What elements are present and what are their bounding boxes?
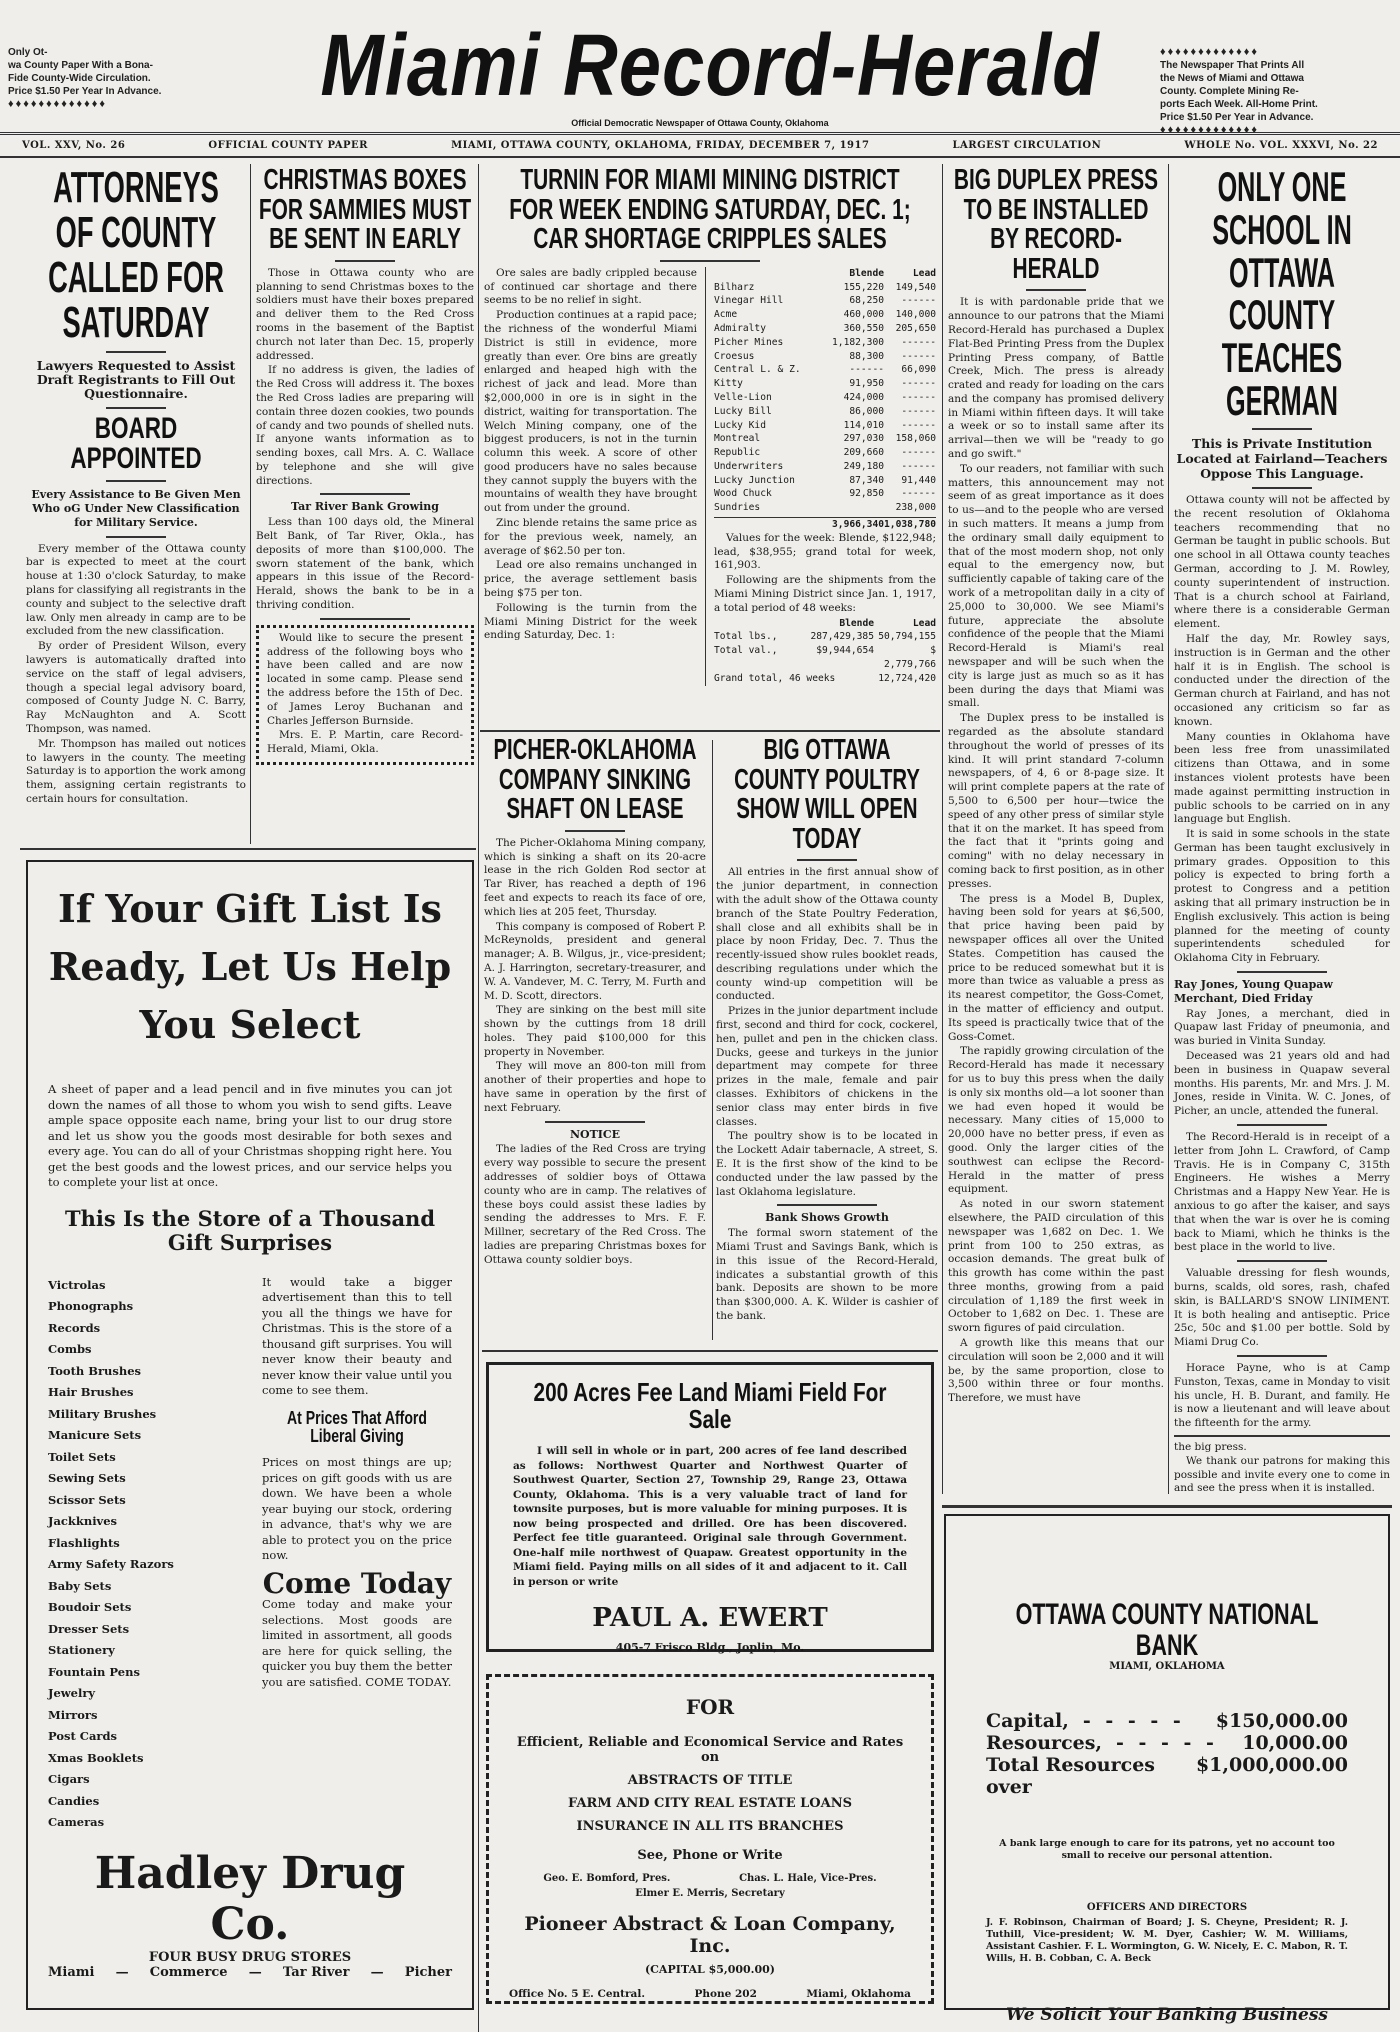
divider [777,1204,877,1206]
ear-left-line: wa County Paper With a Bona- [8,59,228,72]
figure-label: Resources,- - - - - [986,1732,1218,1754]
figure-label: Capital,- - - - - [986,1710,1185,1732]
divider [320,493,410,495]
gift-item: Flashlights [48,1533,228,1555]
ad-ewert-land: 200 Acres Fee Land Miami Field For Sale … [486,1362,934,1652]
divider [1252,487,1312,489]
gift-item: Jewelry [48,1683,228,1705]
table-row: Bilharz155,220149,540 [714,281,936,295]
mine-name: Picher Mines [714,336,824,350]
folio-line: VOL. XXV, No. 26 OFFICIAL COUNTY PAPER M… [0,132,1400,158]
ear-right: ♦♦♦♦♦♦♦♦♦♦♦♦♦ The Newspaper That Prints … [1160,46,1392,137]
ore-table: Blende Lead Bilharz155,220149,540Vinegar… [714,267,936,515]
column-rule [250,164,251,844]
divider [660,260,760,262]
gift-item: Mirrors [48,1705,228,1727]
gift-item: Toilet Sets [48,1447,228,1469]
paragraph: The Record-Herald is in receipt of a let… [1174,1131,1390,1255]
contact-line: Office No. 5 E. Central. Phone 202 Miami… [509,1988,911,2000]
ad-tagline: FOUR BUSY DRUG STORES [48,1950,452,1965]
table-row: Picher Mines1,182,300------ [714,336,936,350]
ad-subhead: Come Today [262,1576,452,1592]
lead-value: ------ [884,350,936,364]
gift-item: Hair Brushes [48,1382,228,1404]
paragraph: Horace Payne, who is at Camp Funston, Te… [1174,1362,1390,1431]
store-locations: Miami— Commerce— Tar River— Picher [48,1965,452,1980]
ad-headline: If Your Gift List Is Ready, Let Us Help … [48,880,452,1054]
section-rule [480,730,940,732]
location: Tar River [283,1965,350,1980]
company-name: Hadley Drug Co. [48,1848,452,1950]
paragraph: The ladies of the Red Cross are trying e… [484,1143,706,1267]
subheadline: Ray Jones, Young Quapaw Merchant, Died F… [1174,978,1390,1006]
dateline: MIAMI, OTTAWA COUNTY, OKLAHOMA, FRIDAY, … [451,140,869,151]
gift-item: Stationery [48,1640,228,1662]
office-address: Office No. 5 E. Central. [509,1988,645,2000]
paragraph: Following are the shipments from the Mia… [714,574,936,615]
headline: Picher-Oklahoma Company Sinking Shaft on… [489,736,700,825]
ad-heading: FOR [509,1695,911,1719]
bank-solicit: We Solicit Your Banking Business [986,2005,1348,2025]
advertiser-name: PAUL A. EWERT [513,1603,907,1633]
blende-value: 114,010 [824,419,884,433]
figure-label: Total Resources over [986,1754,1196,1798]
divider [1174,1435,1390,1437]
lead-value: ------ [884,419,936,433]
mine-name: Sundries [714,501,824,515]
paragraph: Ray Jones, a merchant, died in Quapaw la… [1174,1008,1390,1049]
table-row: Velle-Lion424,000------ [714,391,936,405]
table-header: Blende Lead [714,267,936,281]
mine-name: Lucky Bill [714,405,824,419]
lead-value: ------ [884,294,936,308]
table-row: Total val.,$9,944,654$ 2,779,766 [714,644,936,672]
gift-item: Jackknives [48,1511,228,1533]
article-christmas-boxes: Christmas Boxes for Sammies Must Be Sent… [256,166,474,765]
figure-value: $150,000.00 [1216,1710,1348,1732]
table-row: Montreal297,030158,060 [714,432,936,446]
paragraph: By order of President Wilson, every lawy… [26,640,246,737]
paragraph: They will move an 800-ton mill from anot… [484,1060,706,1115]
dash: — [371,1965,384,1980]
headline-line: for Week Ending Saturday, Dec. 1; [482,196,937,226]
section-rule [482,1350,938,1352]
ear-right-line: ports Each Week. All-Home Print. [1160,98,1392,111]
blende-value: 1,182,300 [824,336,884,350]
figure-value: 10,000.00 [1242,1732,1348,1754]
paragraph: Production continues at a rapid pace; th… [484,309,697,516]
ear-left-line: Only Ot- [8,46,228,59]
shipment-label: Total lbs., [714,630,804,644]
table-row: Wood Chuck92,850------ [714,487,936,501]
article-duplex-press: Big Duplex Press to Be Installed by Reco… [948,166,1164,1407]
headline: Only One School in Ottawa County Teaches… [1187,166,1377,423]
lead-value: ------ [884,487,936,501]
lead-value: 140,000 [884,308,936,322]
table-row: Republic209,660------ [714,446,936,460]
newspaper-title: Miami Record-Herald [320,15,1100,115]
divider [106,480,166,482]
gift-item: Cameras [48,1812,228,1834]
gift-item: Fountain Pens [48,1662,228,1684]
services-list: ABSTRACTS OF TITLE FARM AND CITY REAL ES… [509,1769,911,1838]
turnin-table: Blende Lead Bilharz155,220149,540Vinegar… [714,267,936,686]
official-paper-label: OFFICIAL COUNTY PAPER [208,140,368,151]
location: Picher [405,1965,452,1980]
paragraph: It is said in some schools in the state … [1174,828,1390,966]
paragraph: Zinc blende retains the same price as fo… [484,517,697,558]
ad-subhead: At Prices That Afford Liberal Giving [267,1409,446,1446]
lead-value: ------ [884,391,936,405]
article-turnin: Turnin for Miami Mining District for Wee… [484,166,936,686]
lead-value: 12,724,420 [874,672,936,686]
divider [335,260,395,262]
ear-right-line: Price $1.50 Per Year in Advance. [1160,111,1392,124]
paragraph: The rapidly growing circulation of the R… [948,1045,1164,1197]
table-row: Kitty91,950------ [714,377,936,391]
table-totals: 3,966,340 1,038,780 [714,517,936,532]
total-lead: 1,038,780 [884,518,936,532]
mine-name: Bilharz [714,281,824,295]
divider [106,407,166,409]
gift-item: Combs [48,1339,228,1361]
blende-value: 68,250 [824,294,884,308]
bank-figure-row: Capital,- - - - -$150,000.00 [986,1710,1348,1732]
gift-item: Scissor Sets [48,1490,228,1512]
article-poultry-show: Big Ottawa County Poultry Show Will Open… [716,736,938,1325]
ear-right-line: County. Complete Mining Re- [1160,85,1392,98]
lead-value: 66,090 [884,363,936,377]
diamond-border-icon: ♦♦♦♦♦♦♦♦♦♦♦♦♦ [8,98,228,111]
article-picher-oklahoma: Picher-Oklahoma Company Sinking Shaft on… [484,736,706,1269]
gift-item: Army Safety Razors [48,1554,228,1576]
shipment-label: Grand total, 46 weeks [714,672,804,686]
officer: Chas. L. Hale, Vice-Pres. [739,1873,877,1884]
deck: Lawyers Requested to Assist Draft Regist… [26,359,246,401]
blende-value: 297,030 [824,432,884,446]
gift-item: Xmas Booklets [48,1748,228,1770]
column-rule [942,164,943,1494]
lead-value: 205,650 [884,322,936,336]
diamond-border-icon: ♦♦♦♦♦♦♦♦♦♦♦♦♦ [1160,46,1392,59]
blende-value: 87,340 [824,474,884,488]
paragraph: Less than 100 days old, the Mineral Belt… [256,516,474,613]
blende-value: 424,000 [824,391,884,405]
figure-label-text: Total Resources over [986,1754,1155,1798]
headline-line: Car Shortage Cripples Sales [482,225,937,255]
capital: (CAPITAL $5,000.00) [509,1963,911,1976]
gift-item: Sewing Sets [48,1468,228,1490]
headline: Turnin for Miami Mining District for Wee… [482,166,937,255]
signature: Mrs. E. P. Martin, care Record-Herald, M… [267,729,463,757]
divider [1237,1355,1327,1357]
divider [797,859,857,861]
paragraph: Ore sales are badly crippled because of … [484,267,697,308]
paragraph: Many counties in Oklahoma have been less… [1174,731,1390,828]
gift-item: Baby Sets [48,1576,228,1598]
bank-figure-row: Resources,- - - - -10,000.00 [986,1732,1348,1754]
ad-body: I will sell in whole or in part, 200 acr… [513,1444,907,1589]
mine-name: Wood Chuck [714,487,824,501]
lead-value: ------ [884,460,936,474]
ad-pioneer-abstract: FOR Efficient, Reliable and Economical S… [486,1674,934,2004]
mine-name: Velle-Lion [714,391,824,405]
bank-figure-row: Total Resources over$1,000,000.00 [986,1754,1348,1798]
whole-number: WHOLE No. VOL. XXXVI, No. 22 [1184,140,1378,151]
divider [1237,1124,1327,1126]
subheadline: Bank Shows Growth [716,1211,938,1225]
ear-left: Only Ot- wa County Paper With a Bona- Fi… [8,46,228,111]
section-rule [942,1505,1392,1508]
gift-item: Tooth Brushes [48,1361,228,1383]
blende-value: 92,850 [824,487,884,501]
column-rule [712,740,713,1340]
bank-motto: A bank large enough to care for its patr… [986,1838,1348,1862]
divider [565,830,625,832]
ad-subhead: This Is the Store of a Thousand Gift Sur… [48,1207,452,1255]
paragraph: Mr. Thompson has mailed out notices to l… [26,738,246,807]
lead-value: ------ [884,336,936,350]
ad-paragraph: Come today and make your selections. Mos… [262,1597,452,1690]
article-attorneys: Attorneys of County Called for Saturday … [26,166,246,808]
bank-name: OTTAWA COUNTY NATIONAL BANK [993,1600,1340,1661]
divider [106,351,166,353]
divider [1237,971,1327,973]
lead-value: ------ [884,446,936,460]
column-header-lead: Lead [874,617,936,631]
deck-headline: BOARD APPOINTED [31,414,241,475]
mine-name: Admiralty [714,322,824,336]
subheadline: NOTICE [484,1128,706,1142]
dash: — [116,1965,129,1980]
gift-item: Records [48,1318,228,1340]
masthead: Only Ot- wa County Paper With a Bona- Fi… [0,0,1400,128]
company-name: Pioneer Abstract & Loan Company, Inc. [509,1913,911,1957]
ad-paragraph: It would take a bigger advertisement tha… [262,1275,452,1399]
paragraph: The poultry show is to be located in the… [716,1130,938,1199]
blende-value: 86,000 [824,405,884,419]
blende-value: 287,429,385 [804,630,874,644]
divider [106,536,166,538]
figure-value: $1,000,000.00 [1196,1754,1348,1798]
table-header: Blende Lead [714,617,936,631]
headline: Big Duplex Press to Be Installed by Reco… [949,166,1162,284]
table-row: Croesus88,300------ [714,350,936,364]
table-row: Underwriters249,180------ [714,460,936,474]
table-row: Grand total, 46 weeks12,724,420 [714,672,936,686]
blende-value [804,672,874,686]
paragraph: This company is composed of Robert P. Mc… [484,921,706,1004]
blende-value: 209,660 [824,446,884,460]
lead-value: $ 2,779,766 [874,644,936,672]
lead-value: 91,440 [884,474,936,488]
blende-value: ------ [824,363,884,377]
gift-item: Phonographs [48,1296,228,1318]
paragraph: Half the day, Mr. Rowley says, instructi… [1174,633,1390,730]
subheadline: Tar River Bank Growing [256,500,474,514]
table-row: Central L. & Z.------66,090 [714,363,936,377]
paragraph: The Duplex press to be installed is rega… [948,712,1164,891]
paragraph: To our readers, not familiar with such m… [948,463,1164,711]
blende-value: 91,950 [824,377,884,391]
divider [1252,428,1312,430]
gift-item: Victrolas [48,1275,228,1297]
paragraph: As noted in our sworn statement elsewher… [948,1198,1164,1336]
ad-intro: A sheet of paper and a lead pencil and i… [48,1082,452,1191]
mine-name: Underwriters [714,460,824,474]
column-rule [705,267,706,686]
paragraph: Prizes in the junior department include … [716,1005,938,1129]
officer: Geo. E. Bomford, Pres. [543,1873,670,1884]
shipment-label: Total val., [714,644,804,672]
blende-value: 360,550 [824,322,884,336]
circulation-label: LARGEST CIRCULATION [953,140,1102,151]
address-notice-box: Would like to secure the present address… [256,625,474,765]
paragraph: The formal sworn statement of the Miami … [716,1227,938,1324]
paragraph: the big press. [1174,1441,1390,1455]
advertiser-address: 405-7 Frisco Bldg., Joplin, Mo. [513,1641,907,1654]
deck: Every Assistance to Be Given Men Who oG … [26,488,246,530]
ear-left-line: Fide County-Wide Circulation. [8,72,228,85]
bank-city: MIAMI, OKLAHOMA [986,1661,1348,1672]
lead-value: 158,060 [884,432,936,446]
column-header-lead: Lead [884,267,936,281]
headline-line: Turnin for Miami Mining District [482,166,937,196]
mine-name: Montreal [714,432,824,446]
divider [320,618,410,620]
deck: This is Private Institution Located at F… [1174,436,1390,481]
service: FARM AND CITY REAL ESTATE LOANS [509,1792,911,1815]
mine-name: Central L. & Z. [714,363,824,377]
newspaper-page: Only Ot- wa County Paper With a Bona- Fi… [0,0,1400,2032]
gift-item: Candies [48,1791,228,1813]
paragraph: Ottawa county will not be affected by th… [1174,494,1390,632]
paragraph: Those in Ottawa county who are planning … [256,267,474,364]
table-row: Lucky Junction87,34091,440 [714,474,936,488]
gift-item: Military Brushes [48,1404,228,1426]
paragraph: Valuable dressing for flesh wounds, burn… [1174,1267,1390,1350]
headline: Attorneys of County Called for Saturday [43,166,229,346]
paragraph: We thank our patrons for making this pos… [1174,1455,1390,1496]
table-row: Sundries238,000 [714,501,936,515]
column-rule [478,164,479,2032]
paragraph: Following is the turnin from the Miami M… [484,602,697,643]
ad-line: See, Phone or Write [509,1848,911,1863]
officer: Elmer E. Merris, Secretary [509,1888,911,1899]
table-row: Lucky Kid114,010------ [714,419,936,433]
gift-item: Dresser Sets [48,1619,228,1641]
paragraph: Deceased was 21 years old and had been i… [1174,1050,1390,1119]
leader-dashes: - - - - - [1083,1710,1185,1732]
ad-hadley-drug: If Your Gift List Is Ready, Let Us Help … [26,860,474,2010]
article-german-school: Only One School in Ottawa County Teaches… [1174,166,1390,1497]
bank-figures: Capital,- - - - -$150,000.00Resources,- … [986,1710,1348,1798]
lead-value: ------ [884,377,936,391]
location: Commerce [150,1965,228,1980]
ad-line: Efficient, Reliable and Economical Servi… [509,1735,911,1765]
headline: Christmas Boxes for Sammies Must Be Sent… [258,166,473,255]
lead-value: 238,000 [884,501,936,515]
blende-value: $9,944,654 [804,644,874,672]
paragraph: If no address is given, the ladies of th… [256,364,474,488]
gift-item: Cigars [48,1769,228,1791]
table-row: Admiralty360,550205,650 [714,322,936,336]
mine-name: Lucky Junction [714,474,824,488]
gift-item: Manicure Sets [48,1425,228,1447]
paragraph: Would like to secure the present address… [267,632,463,729]
paragraph: All entries in the first annual show of … [716,866,938,1004]
paragraph: The press is a Model B, Duplex, having b… [948,893,1164,1045]
column-rule [1168,164,1169,1494]
column-header-blende: Blende [804,617,874,631]
paragraph: Values for the week: Blende, $122,948; l… [714,532,936,573]
divider [1237,1260,1327,1262]
table-row: Acme460,000140,000 [714,308,936,322]
phone: Phone 202 [694,1988,756,2000]
gift-item: Boudoir Sets [48,1597,228,1619]
ad-ottawa-bank: OTTAWA COUNTY NATIONAL BANK MIAMI, OKLAH… [944,1514,1390,2010]
ad-headline: 200 Acres Fee Land Miami Field For Sale [520,1379,899,1432]
dash: — [249,1965,262,1980]
figure-label-text: Capital, [986,1710,1069,1732]
paragraph: A growth like this means that our circul… [948,1337,1164,1406]
ear-left-line: Price $1.50 Per Year In Advance. [8,85,228,98]
officers-heading: OFFICERS AND DIRECTORS [986,1902,1348,1913]
paragraph: The Picher-Oklahoma Mining company, whic… [484,837,706,920]
paragraph: It is with pardonable pride that we anno… [948,296,1164,462]
ad-paragraph: Prices on most things are up; prices on … [262,1455,452,1564]
gift-item: Post Cards [48,1726,228,1748]
table-row: Total lbs.,287,429,38550,794,155 [714,630,936,644]
city: Miami, Oklahoma [806,1988,911,2000]
table-row: Vinegar Hill68,250------ [714,294,936,308]
leader-dashes: - - - - - [1116,1732,1218,1754]
blende-value: 155,220 [824,281,884,295]
shipments-table: Blende Lead Total lbs.,287,429,38550,794… [714,617,936,686]
headline: Big Ottawa County Poultry Show Will Open… [721,736,932,854]
ear-right-line: The Newspaper That Prints All [1160,59,1392,72]
paragraph: They are sinking on the best mill site s… [484,1004,706,1059]
blende-value [824,501,884,515]
turnin-text: Ore sales are badly crippled because of … [484,267,697,686]
service: INSURANCE IN ALL ITS BRANCHES [509,1815,911,1838]
officers-list: J. F. Robinson, Chairman of Board; J. S.… [986,1917,1348,1965]
divider [1026,289,1086,291]
paragraph: Every member of the Ottawa county bar is… [26,543,246,640]
newspaper-subtitle: Official Democratic Newspaper of Ottawa … [400,118,1000,128]
ear-right-line: the News of Miami and Ottawa [1160,72,1392,85]
divider [545,1121,645,1123]
lead-value: 50,794,155 [874,630,936,644]
mine-name: Croesus [714,350,824,364]
location: Miami [48,1965,94,1980]
table-row: Lucky Bill86,000------ [714,405,936,419]
mine-name: Kitty [714,377,824,391]
service: ABSTRACTS OF TITLE [509,1769,911,1792]
mine-name: Lucky Kid [714,419,824,433]
blende-value: 249,180 [824,460,884,474]
lead-value: ------ [884,405,936,419]
column-header-blende: Blende [824,267,884,281]
ad-right-column: It would take a bigger advertisement tha… [262,1275,452,1834]
mine-name: Republic [714,446,824,460]
mine-name: Acme [714,308,824,322]
gift-item-list: VictrolasPhonographsRecordsCombsTooth Br… [48,1275,228,1834]
total-blende: 3,966,340 [824,518,884,532]
section-rule [20,848,476,850]
figure-label-text: Resources, [986,1732,1102,1754]
lead-value: 149,540 [884,281,936,295]
